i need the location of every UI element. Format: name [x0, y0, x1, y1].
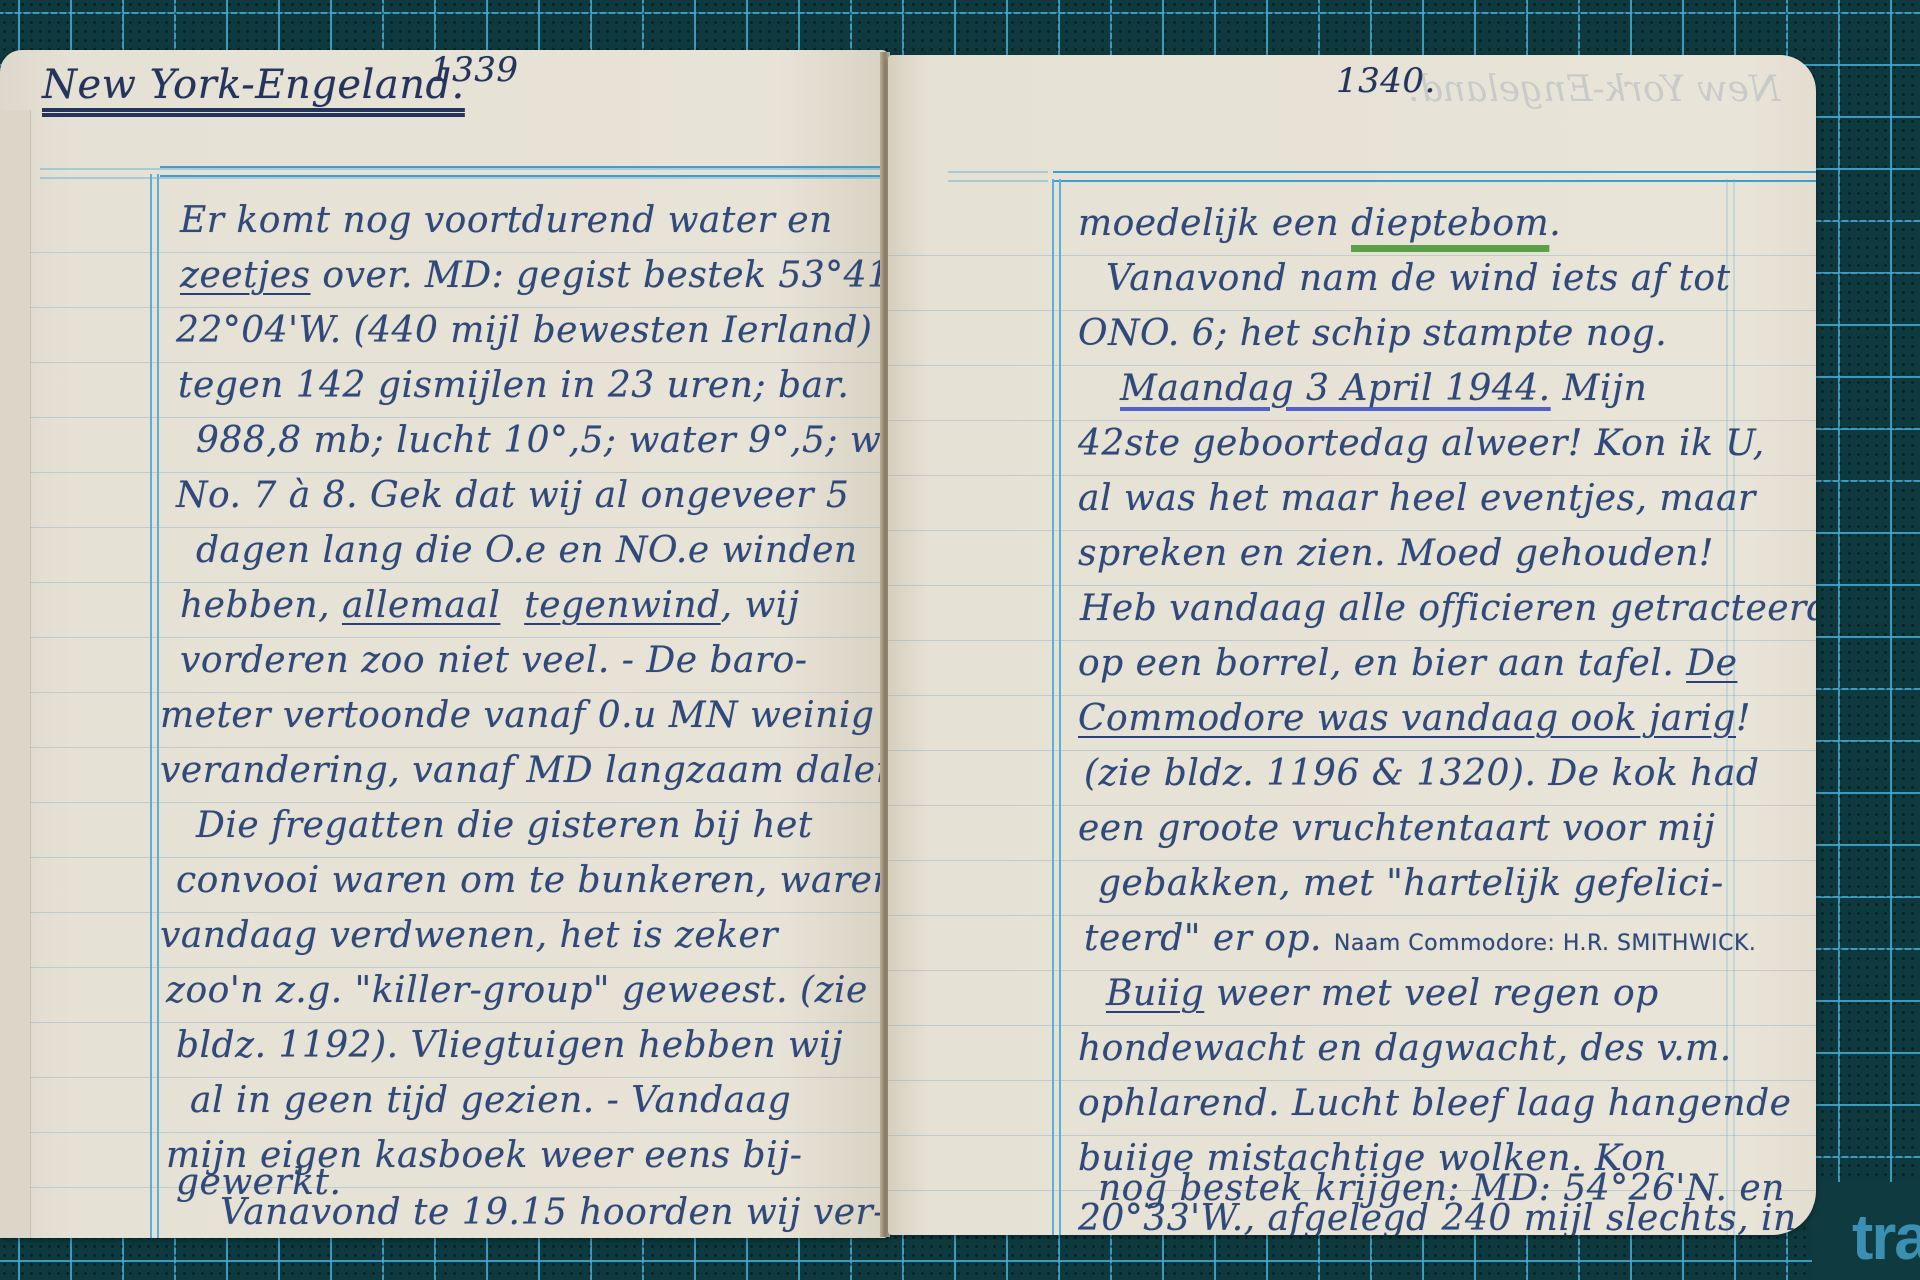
text-line: moedelijk een dieptebom. [1078, 203, 1561, 244]
text-line: ophlarend. Lucht bleef laag hangende [1078, 1083, 1791, 1124]
text-line: Er komt nog voortdurend water en [180, 200, 833, 241]
text-line: bldz. 1192). Vliegtuigen hebben wij [176, 1025, 843, 1066]
text-line: Buiig weer met veel regen op [1106, 973, 1659, 1014]
text-line: convooi waren om te bunkeren, waren [176, 860, 888, 901]
text-line: al in geen tijd gezien. - Vandaag [190, 1080, 791, 1121]
date-heading: Maandag 3 April 1944. [1120, 368, 1551, 409]
text-line: Maandag 3 April 1944. Mijn [1120, 368, 1647, 409]
text-line: zeetjes over. MD: gegist bestek 53°41,5N… [180, 255, 888, 296]
running-title: New York-Engeland. [42, 62, 465, 108]
text-line: Die fregatten die gisteren bij het [196, 805, 813, 846]
text-line: vorderen zoo niet veel. - De baro- [180, 640, 808, 681]
text-line: (zie bldz. 1196 & 1320). De kok had [1084, 753, 1759, 794]
text-line: ONO. 6; het schip stampte nog. [1078, 313, 1667, 354]
text-line: hebben, allemaal tegenwind, wij [180, 585, 800, 626]
text-line: verandering, vanaf MD langzaam dalende. [160, 750, 888, 791]
text-line: 20°33'W., afgelegd 240 mijl slechts, in … [1078, 1198, 1816, 1235]
text-line: Commodore was vandaag ook jarig! [1078, 698, 1751, 739]
text-line: dagen lang die O.e en NO.e winden [196, 530, 858, 571]
page-number: 1339 [430, 50, 519, 90]
text-line: tegen 142 gismijlen in 23 uren; bar. [178, 365, 849, 406]
text-line: teerd" er op. Naam Commodore: H.R. SMITH… [1084, 918, 1756, 959]
text-line: Vanavond te 19.15 hoorden wij ver- [220, 1192, 886, 1233]
bleed-through-title: New York-Engeland. [1408, 69, 1780, 110]
printed-commodore-note: Naam Commodore: H.R. SMITHWICK. [1334, 931, 1757, 956]
right-page: 1340. New York-Engeland. moedelijk een d… [888, 55, 1816, 1235]
text-line: een groote vruchtentaart voor mij [1078, 808, 1715, 849]
text-line: gebakken, met "hartelijk gefelici- [1098, 863, 1724, 904]
text-line: hondewacht en dagwacht, des v.m. [1078, 1028, 1732, 1069]
text-line: No. 7 à 8. Gek dat wij al ongeveer 5 [176, 475, 849, 516]
text-line: al was het maar heel eventjes, maar [1078, 478, 1756, 519]
text-line: spreken en zien. Moed gehouden! [1078, 533, 1714, 574]
text-line: op een borrel, en bier aan tafel. De [1078, 643, 1737, 684]
faint-header-rule [948, 171, 1048, 182]
mat-brand-text: tra [1852, 1200, 1920, 1274]
header-rule [160, 166, 888, 177]
text-line: Heb vandaag alle officieren getracteerd [1080, 588, 1816, 629]
text-line: meter vertoonde vanaf 0.u MN weinig [160, 695, 874, 736]
text-line: 42ste geboortedag alweer! Kon ik U, [1078, 423, 1765, 464]
text-line: vandaag verdwenen, het is zeker [160, 915, 778, 956]
left-page: New York-Engeland. 1339 Er komt nog voor… [0, 50, 888, 1238]
margin-rule [150, 174, 159, 1238]
text-line: 988,8 mb; lucht 10°,5; water 9°,5; wind [196, 420, 888, 461]
text-line: 22°04'W. (440 mijl bewesten Ierland) [176, 310, 872, 351]
text-line: Vanavond nam de wind iets af tot [1106, 258, 1731, 299]
margin-rule [1052, 179, 1061, 1235]
text-line: zoo'n z.g. "killer-group" geweest. (zie [166, 970, 868, 1011]
header-rule [1053, 171, 1816, 182]
